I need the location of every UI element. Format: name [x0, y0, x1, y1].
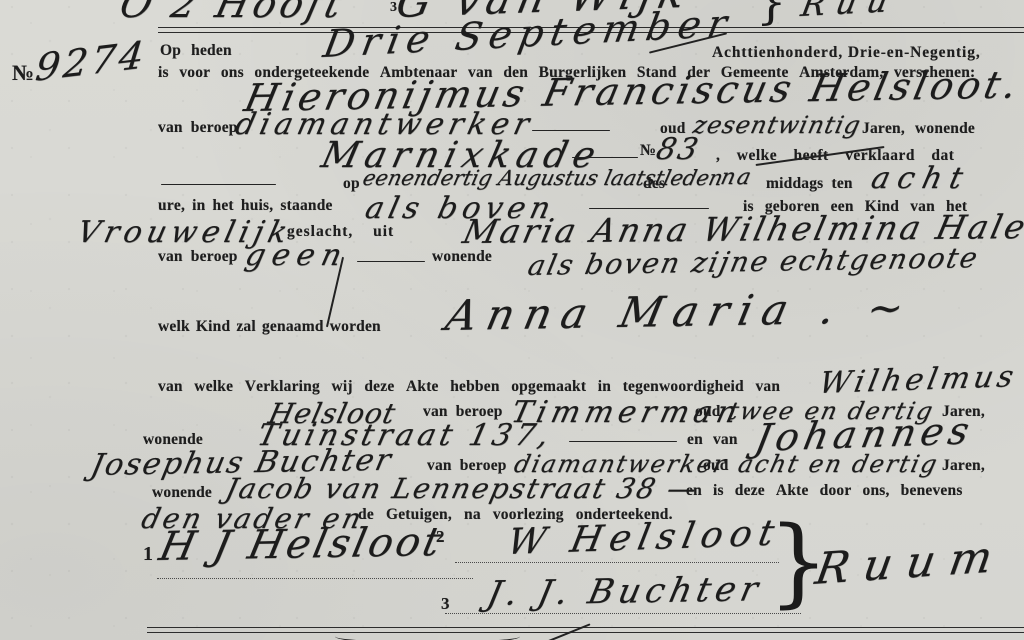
label-oud-3: oud [703, 457, 729, 475]
margin-no-symbol: № [12, 60, 34, 86]
previous-brace: } [756, 0, 787, 30]
handwritten-date: Drie September [320, 1, 737, 66]
label-wonende-4: wonende [152, 484, 212, 502]
witness2-address: Jacob van Lennepstraat 38 — [222, 472, 701, 505]
label-op-heden: Op heden [160, 42, 232, 60]
signature-slot3-number: 3 [441, 594, 450, 614]
label-des: des [643, 175, 665, 193]
act-number: 9274 [33, 33, 149, 90]
next-record-partial-stroke [335, 629, 520, 640]
signature-dotted-line [455, 562, 779, 563]
ure-line: ure, in het huis, staande [158, 197, 333, 215]
witness2-age: acht en dertig [736, 450, 942, 478]
label-middags-ten: middags ten [766, 175, 853, 193]
declarant-age: zesentwintig [691, 111, 864, 139]
fill-in-dash [569, 441, 677, 442]
witness2-signature: J. J. Buchter [483, 569, 766, 614]
previous-official-signature: Ruu [798, 0, 901, 24]
previous-signature-left: O 2 Hooft [116, 0, 350, 26]
mother-occupation: geen [242, 238, 352, 273]
signature-dotted-line [445, 613, 801, 614]
birth-na: na [718, 165, 755, 190]
official-signature: Ruum [812, 531, 1010, 595]
mother-residence: als boven zijne echtgenoote [525, 241, 982, 282]
fill-in-dash [357, 261, 425, 262]
signature-slot2-number: 2 [436, 527, 445, 547]
label-year: Achttienhonderd, Drie-en-Negentig, [712, 44, 981, 62]
verklaring-line: van welke Verklaring wij deze Akte hebbe… [158, 378, 780, 396]
label-van-beroep-2: van beroep [158, 248, 238, 266]
signature-slot1-number: 1 [143, 543, 153, 566]
fill-in-dash [161, 184, 276, 185]
akte-door-line: en is deze Akte door ons, benevens [686, 482, 963, 500]
fill-in-dash [532, 130, 610, 131]
bottom-double-rule [147, 627, 1024, 633]
father-signature: H J Helsloot [155, 519, 447, 570]
birth-certificate-scan: O 2 Hooft 3 G van Wijk } Ruu № 9274 Op h… [0, 0, 1024, 640]
child-name: Anna Maria . ~ [442, 283, 919, 340]
label-no-symbol: № [640, 142, 656, 160]
label-wonende-2: wonende [432, 248, 492, 266]
birth-hour: acht [868, 161, 974, 196]
label-jaren-3: Jaren, [942, 457, 985, 475]
label-jaren-wonende: Jaren, wonende [862, 120, 975, 138]
signature-dotted-line [157, 578, 473, 579]
label-op: op [343, 175, 360, 193]
genaamd-line: welk Kind zal genaamd worden [158, 318, 381, 336]
fill-in-dash [572, 157, 638, 158]
fill-in-dash [589, 208, 709, 209]
label-oud-2: oud [695, 403, 721, 421]
witness1-firstname: Wilhelmus [816, 359, 1020, 401]
label-en-van: en van [687, 431, 738, 449]
house-number: 83 [653, 132, 703, 167]
label-van-beroep-1: van beroep [158, 119, 238, 137]
birth-date: eenendertig Augustus laatstleden [360, 166, 725, 190]
witness1-signature: W Helsloot [504, 513, 785, 563]
